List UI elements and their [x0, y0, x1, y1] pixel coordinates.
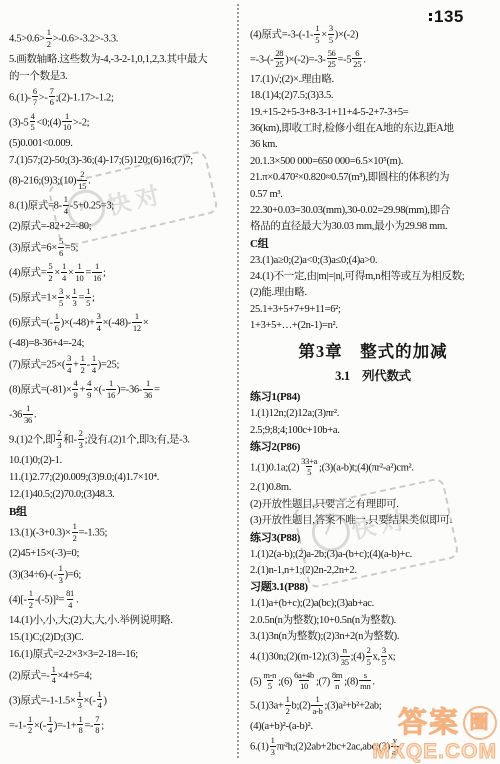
fraction: 12: [285, 694, 291, 716]
fraction: 1a-b: [311, 694, 323, 716]
fraction: 14: [97, 689, 103, 711]
answer-line: 3.1 列代数式: [250, 368, 496, 385]
answer-line: 15.(1)C;(2)D;(3)C.: [9, 631, 237, 645]
answer-line: 25.1+3+5+7+9+11=6²;: [250, 303, 496, 317]
answer-line: (5)0.001<0.009.: [9, 137, 237, 151]
fraction: 116: [92, 261, 102, 283]
answer-line: (5)原式=1×35×13=15;: [9, 287, 237, 309]
clock-circle-icon: [63, 186, 109, 232]
clock-circle-icon: [308, 510, 353, 555]
fraction: 625: [352, 48, 362, 70]
answer-line: 12.(1)40.5;(2)70.0;(3)48.3.: [9, 488, 237, 502]
answer-line: 第3章 整式的加减: [250, 341, 496, 363]
answer-line: (7)原式=25×(34+12-14)=25;: [9, 354, 237, 376]
right-answer-column: (4)原式=-3-(-1-15×35)×(-2)=-3-(-2825)×(-2)…: [250, 24, 496, 761]
fraction: 15: [314, 23, 320, 45]
fraction: 33+a5: [300, 456, 318, 478]
stamp-watermark-text: 快对: [348, 499, 412, 545]
answer-line: (5)m-n5;(6)6a+4b10;(7)8mn;(8)smn.: [250, 671, 496, 693]
answer-line: (3)原式=-1-1.5×13×(-14): [9, 690, 237, 712]
fraction: 14: [91, 353, 97, 375]
fraction: 16: [54, 311, 60, 333]
fraction: 136: [143, 378, 153, 400]
fraction: 12: [72, 521, 78, 543]
answer-line: (2)45+15×(-3)=0;: [9, 547, 237, 561]
fraction: 116: [106, 378, 116, 400]
answer-line: 2.0.5n(n为整数);10+0.5n(n为整数).: [250, 614, 496, 628]
fraction: 25: [366, 645, 372, 667]
fraction: 2825: [274, 48, 284, 70]
answerquan-watermark: 答案 圈 MXQE.COM: [372, 706, 497, 763]
fraction: m-n5: [262, 670, 277, 692]
answer-line: -36136.: [9, 404, 237, 426]
answer-line: 1.(1)a+(b+c);(2)a(bc);(3)ab+ac.: [250, 597, 496, 611]
answer-line: 14.(1)小,小,大;(2)大,大,小.举例说明略.: [9, 614, 237, 628]
fraction: 45: [30, 111, 36, 133]
answer-line: 4.(1)30n;(2)(m-12);(3)n35;(4)25x,35x;: [250, 646, 496, 668]
answer-line: 19.+15-2+5-3+8-3-1+11+4-5-2+7-3+5=: [250, 106, 496, 120]
fraction: 49: [72, 378, 78, 400]
answerquan-logo: 答案 圈: [372, 706, 497, 740]
answer-line: (3)(34÷6)-(-13)=6;: [9, 564, 237, 586]
stamp-watermark-text: 快对: [103, 174, 167, 221]
answer-line: 36(km),即收工时,检修小组在A地的东边,距A地: [250, 122, 496, 136]
fraction: smn: [359, 670, 371, 692]
answer-line: 格品的直径最大为30.03 mm,最小为29.98 mm.: [250, 220, 496, 234]
fraction: 35: [381, 645, 387, 667]
answer-line: 10.(1)0;(2)-1.: [9, 454, 237, 468]
fraction: 34: [66, 353, 72, 375]
fraction: 110: [75, 261, 85, 283]
brand-text: 答案: [398, 708, 460, 738]
fraction: 34: [96, 311, 102, 333]
answer-line: 习题3.1(P88): [250, 580, 496, 595]
fraction: 12: [28, 588, 34, 610]
left-answer-column: 4.5>0.6>12>-0.6>-3.2>-3.3.5.画数轴略.这些数为-4,…: [9, 28, 237, 740]
answer-line: 16.(1)原式=2-2×3×3=2-18=-16;: [9, 648, 237, 662]
answer-line: 练习2(P86): [250, 440, 496, 455]
fraction: 23: [78, 428, 84, 450]
fraction: 14: [51, 664, 57, 686]
fraction: 13: [58, 563, 64, 585]
fraction: 35: [58, 286, 64, 308]
fraction: 6a+4b10: [293, 670, 315, 692]
answer-line: (-48)=8-36+4=-24;: [9, 337, 237, 351]
fraction: 18: [77, 714, 83, 736]
answer-line: 13.(1)(-3+0.3)×12=-1.35;: [9, 522, 237, 544]
fraction: 15: [85, 286, 91, 308]
answer-line: 6.(1)-67>-76;(2)-1.17>-1.2;: [9, 87, 237, 109]
fraction: 12: [46, 27, 52, 49]
answer-line: 18.(1)4;(2)7.5;(3)3.5.: [250, 89, 496, 103]
fraction: 13: [77, 689, 83, 711]
fraction: 78: [94, 714, 100, 736]
answer-line: 2.5;9;8;4;100c+10b+a.: [250, 424, 496, 438]
answer-line: 1.(1)0.1a;(2)33+a5;(3)(a-b)t;(4)(πr²-a²)…: [250, 457, 496, 479]
answer-line: B组: [9, 505, 237, 520]
answer-line: 24.(1)不一定,由|m|=|n|,可得m,n相等或互为相反数;: [250, 270, 496, 284]
answer-line: 21.π×0.470²×0.820≈0.57(m³),即圆柱的体积约为: [250, 171, 496, 185]
brand-site-text: MXQE.COM: [372, 740, 497, 763]
answer-line: 5.画数轴略.这些数为-4,-3-2-1,0,1,2,3.其中最大: [9, 53, 237, 67]
answer-line: 20.1.3×500 000=650 000=6.5×10⁵(m).: [250, 155, 496, 169]
answer-line: 36 km.: [250, 138, 496, 152]
answer-line: (3)-545<0;(4)110>-2;: [9, 112, 237, 134]
answer-line: 1+3+5+…+(2n-1)=n².: [250, 319, 496, 333]
fraction: 112: [132, 311, 142, 333]
answer-line: 17.(1)√;(2)×.理由略.: [250, 73, 496, 87]
fraction: 76: [49, 86, 55, 108]
fraction: 67: [32, 86, 38, 108]
fraction: 110: [62, 111, 72, 133]
fraction: 13: [270, 735, 276, 757]
answer-line: (4)原式=-3-(-1-15×35)×(-2): [250, 24, 496, 46]
fraction: 23: [56, 428, 62, 450]
fraction: 14: [61, 261, 67, 283]
answer-line: (6)原式=(-16)×(-48)+34×(-48)-112×: [9, 312, 237, 334]
answer-line: 1.(1)12n;(2)12a;(3)πr².: [250, 407, 496, 421]
fraction: 14: [47, 714, 53, 736]
answer-line: (2)原式=-14×4+5=4;: [9, 665, 237, 687]
page-number-mark-icon: [429, 13, 432, 21]
answer-line: (4)[-12-(-5)]²=814.: [9, 589, 237, 611]
fraction: 52: [47, 261, 53, 283]
answer-line: 0.57 m³.: [250, 188, 496, 202]
answer-line: 4.5>0.6>12>-0.6>-3.2>-3.3.: [9, 28, 237, 50]
column-divider: [237, 4, 239, 758]
answer-line: =-3-(-2825)×(-2)=-3-5625=-5625.: [250, 49, 496, 71]
fraction: 35: [328, 23, 334, 45]
answer-line: (2)能.理由略.: [250, 286, 496, 300]
fraction: 49: [86, 378, 92, 400]
answer-line: 3.(1)3n(n为整数);(2)3n+2(n为整数).: [250, 630, 496, 644]
fraction: 13: [72, 286, 78, 308]
brand-circle-icon: 圈: [463, 706, 497, 740]
answer-line: =-1-12×(-14)=-1+18=-78;: [9, 715, 237, 737]
fraction: 814: [65, 588, 75, 610]
fraction: 5625: [327, 48, 337, 70]
answer-line: (4)原式=52×14×110=116;: [9, 262, 237, 284]
answer-line: 23.(1)a≥0;(2)a<0;(3)a≤0;(4)a>0.: [250, 254, 496, 268]
fraction: 136: [23, 403, 33, 425]
answer-line: 11.(1)2.77;(2)0.009;(3)9.0;(4)1.7×10⁴.: [9, 471, 237, 485]
answer-line: 练习1(P84): [250, 390, 496, 405]
answer-line: (8)原式=(-81)×49+49×(-116)=-36-136=: [9, 379, 237, 401]
answer-line: (3)原式=6×56=5;: [9, 237, 237, 259]
answer-line: 9.(1)2个,即23和-23;没有.(2)1个,即3;有,是-3.: [9, 429, 237, 451]
fraction: n35: [340, 645, 350, 667]
fraction: 8mn: [331, 670, 343, 692]
fraction: 12: [80, 353, 86, 375]
fraction: 12: [27, 714, 33, 736]
answer-line: C组: [250, 237, 496, 252]
answer-line: 的一个数是3.: [9, 70, 237, 84]
answer-line: 22.30+0.03=30.03(mm),30-0.02=29.98(mm),即…: [250, 204, 496, 218]
